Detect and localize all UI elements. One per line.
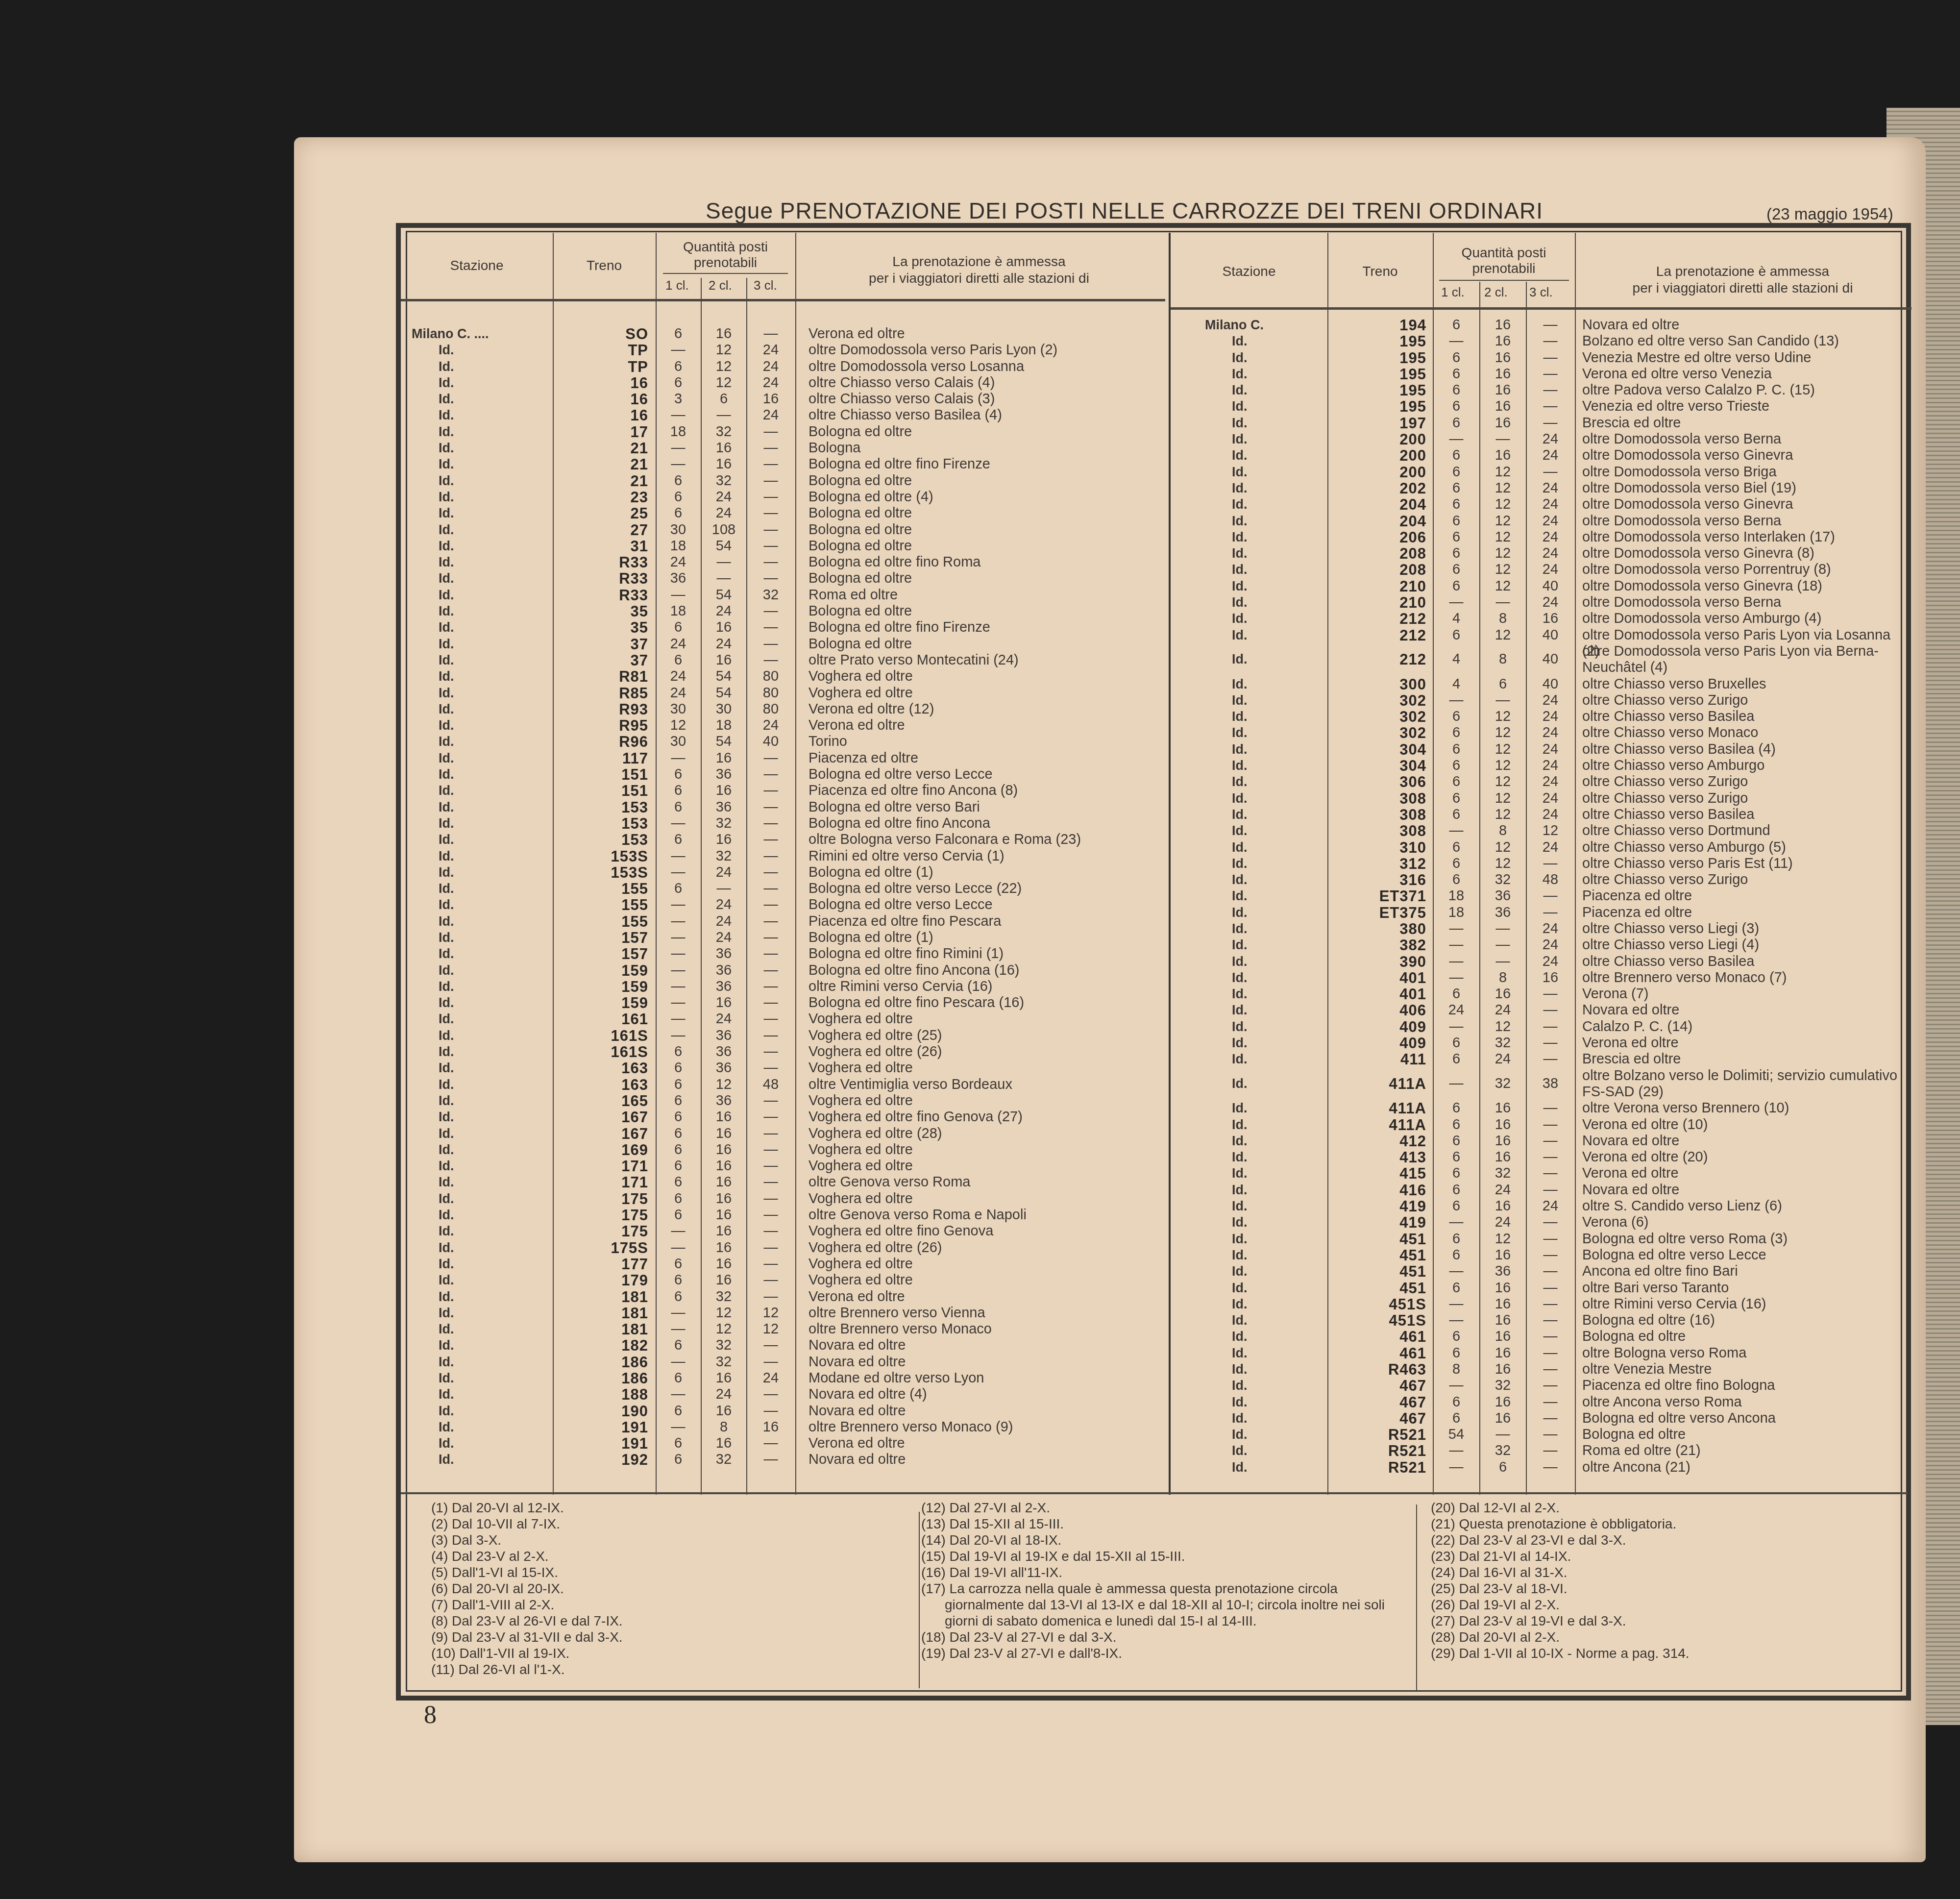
train-number-cell: 208 [1328,562,1426,578]
table-row: Id.167616—Voghera ed oltre fino Genova (… [401,1109,1165,1125]
class3-seats-cell: — [1527,1182,1574,1198]
train-number-cell: R521 [1328,1443,1426,1459]
table-row: Id.175616—Voghera ed oltre [401,1191,1165,1207]
destination-cell: oltre Chiasso verso Zurigo [1582,774,1908,790]
class1-seats-cell: 6 [657,1093,700,1109]
class2-seats-cell: 32 [702,1337,746,1354]
destination-cell: Verona ed oltre [808,717,1161,734]
table-row: Id.302——24oltre Chiasso verso Zurigo [1171,692,1911,709]
class3-seats-cell: — [747,489,794,505]
destination-cell: Calalzo P. C. (14) [1582,1019,1908,1035]
table-row: Id.R93303080Verona ed oltre (12) [401,701,1165,717]
table-row: Id.R463816—oltre Venezia Mestre [1171,1361,1911,1378]
class1-seats-cell: 6 [1434,1133,1479,1149]
class1-seats-cell: 18 [657,538,700,554]
class2-seats-cell: 36 [702,766,746,783]
class3-seats-cell: 40 [1527,578,1574,594]
table-row: Id.30261224oltre Chiasso verso Basilea [1171,709,1911,725]
class3-seats-cell: — [1527,1247,1574,1263]
class3-seats-cell: 32 [747,587,794,603]
class3-seats-cell: 24 [1527,529,1574,545]
class2-seats-cell: 32 [1480,1076,1525,1092]
table-row: Id.R96305440Torino [401,734,1165,750]
class3-seats-cell: — [1527,986,1574,1002]
destination-cell: Novara ed oltre (4) [808,1386,1161,1403]
class3-seats-cell: — [747,424,794,440]
class1-seats-cell: 6 [1434,856,1479,872]
destination-cell: oltre Chiasso verso Zurigo [1582,790,1908,807]
class2-seats-cell: 12 [702,375,746,391]
destination-cell: Voghera ed oltre [808,1256,1161,1272]
train-number-cell: 177 [555,1256,648,1272]
class1-seats-cell: 18 [1434,888,1479,904]
table-row: Id.181632—Verona ed oltre [401,1289,1165,1305]
table-row: Id.382——24oltre Chiasso verso Liegi (4) [1171,937,1911,953]
destination-cell: Bologna ed oltre fino Firenze [808,456,1161,472]
class1-seats-cell: 24 [1434,1002,1479,1018]
destination-cell: oltre Chiasso verso Basilea (4) [808,407,1161,423]
class1-seats-cell: 8 [1434,1361,1479,1378]
table-row: Id.177616—Voghera ed oltre [401,1256,1165,1272]
class2-seats-cell: 32 [702,473,746,489]
class3-seats-cell: — [1527,1378,1574,1394]
class3-seats-cell: — [747,652,794,668]
class1-seats-cell: 6 [1434,562,1479,578]
footnote: (5) Dall'1-VI al 15-IX. [431,1564,623,1580]
destination-cell: oltre Chiasso verso Basilea (4) [1582,741,1908,758]
table-row: Id.163616oltre Chiasso verso Calais (3) [401,391,1165,407]
class2-seats-cell: 12 [1480,790,1525,807]
class2-seats-cell: 16 [702,1370,746,1386]
class3-seats-cell: 80 [747,701,794,717]
class1-seats-cell: 6 [657,766,700,783]
destination-cell: Bologna ed oltre [808,424,1161,440]
footnote: (13) Dal 15-XII al 15-III. [921,1516,1392,1532]
class2-seats-cell: 16 [702,1142,746,1158]
class3-seats-cell: — [747,1028,794,1044]
class1-seats-cell: 6 [1434,398,1479,415]
class3-seats-cell: 24 [1527,562,1574,578]
class3-seats-cell: 24 [747,717,794,734]
table-row: Id.R3324——Bologna ed oltre fino Roma [401,554,1165,570]
col-train-header: Treno [553,257,656,274]
class3-seats-cell: — [747,783,794,799]
destination-cell: Piacenza ed oltre fino Bologna [1582,1378,1908,1394]
destination-cell: oltre Chiasso verso Basilea [1582,807,1908,823]
class1-seats-cell: — [657,1028,700,1044]
table-row: Id.ET3711836—Piacenza ed oltre [1171,888,1911,904]
destination-cell: oltre Rimini verso Cervia (16) [808,979,1161,995]
train-number-cell: 416 [1328,1182,1426,1198]
destination-cell: Ancona ed oltre fino Bari [1582,1263,1908,1280]
class2-seats-cell: 12 [1480,807,1525,823]
footnote: (24) Dal 16-VI al 31-X. [1431,1564,1690,1580]
class2-seats-cell: 12 [702,1077,746,1093]
class2-seats-cell: 24 [702,1386,746,1403]
class1-seats-cell: — [657,1011,700,1027]
class2-seats-cell: 16 [702,995,746,1011]
table-row: Id.159—36—oltre Rimini verso Cervia (16) [401,979,1165,995]
class2-seats-cell: 16 [702,1272,746,1288]
table-row: Id.401616—Verona (7) [1171,986,1911,1002]
table-row: Id.2124840oltre Domodossola verso Paris … [1171,643,1911,676]
class2-seats-cell: 32 [1480,872,1525,888]
class2-seats-cell: 36 [702,1060,746,1076]
train-number-cell: 409 [1328,1019,1426,1035]
class1-seats-cell: 6 [1434,1100,1479,1116]
table-row: Id.197616—Brescia ed oltre [1171,415,1911,431]
class2-seats-cell: 54 [702,587,746,603]
class2-seats-cell: 8 [1480,823,1525,839]
class3-seats-cell: — [747,913,794,930]
train-number-cell: 159 [555,962,648,979]
destination-cell: oltre Domodossola verso Paris Lyon (2) [808,342,1161,358]
train-number-cell: 191 [555,1419,648,1435]
table-row: Id.20861224oltre Domodossola verso Porre… [1171,562,1911,578]
table-row: Id.308—812oltre Chiasso verso Dortmund [1171,823,1911,839]
class2-seats-cell: 54 [702,734,746,750]
destination-cell: oltre Chiasso verso Monaco [1582,725,1908,741]
class1-seats-cell: 6 [1434,758,1479,774]
class3-seats-cell: 24 [1527,725,1574,741]
train-number-cell: 467 [1328,1394,1426,1410]
class1-seats-cell: — [657,342,700,358]
class2-seats-cell: 36 [702,799,746,815]
class2-seats-cell: 16 [702,1240,746,1256]
train-number-cell: 153 [555,815,648,832]
table-row: Id.191—816oltre Brennero verso Monaco (9… [401,1419,1165,1435]
col-dest-header-2: per i viaggiatori diretti alle stazioni … [795,270,1163,287]
class3-seats-cell: 24 [1527,1198,1574,1214]
table-row: Id.451612—Bologna ed oltre verso Roma (3… [1171,1231,1911,1247]
destination-cell: oltre Domodossola verso Interlaken (17) [1582,529,1908,545]
destination-cell: oltre Chiasso verso Zurigo [1582,692,1908,709]
class3-seats-cell: — [747,1240,794,1256]
table-row: Id.30461224oltre Chiasso verso Amburgo [1171,758,1911,774]
class1-seats-cell: — [1434,1459,1479,1476]
class2-seats-cell: 16 [702,783,746,799]
destination-cell: Bologna ed oltre fino Ancona [808,815,1161,832]
table-row: Id.161S636—Voghera ed oltre (26) [401,1044,1165,1060]
class1-seats-cell: 6 [657,1126,700,1142]
destination-cell: Bologna ed oltre verso Lecce [808,897,1161,913]
table-row: Id.R3336——Bologna ed oltre [401,570,1165,587]
class2-seats-cell: 12 [1480,839,1525,856]
destination-cell: oltre Domodossola verso Briga [1582,464,1908,480]
class2-seats-cell: 12 [1480,480,1525,496]
class1-seats-cell: 6 [657,1060,700,1076]
class1-seats-cell: — [657,407,700,423]
class2-seats-cell: 12 [702,1321,746,1337]
train-number-cell: 192 [555,1452,648,1468]
destination-cell: Bologna ed oltre verso Ancona [1582,1410,1908,1427]
class1-seats-cell: 24 [657,685,700,701]
table-row: Id.20661224oltre Domodossola verso Inter… [1171,529,1911,545]
class2-seats-cell: 24 [1480,1214,1525,1231]
class3-seats-cell: 24 [1527,513,1574,529]
class1-seats-cell: 6 [657,619,700,636]
class2-seats-cell: 16 [1480,350,1525,366]
class2-seats-cell: 16 [702,652,746,668]
class3-seats-cell: — [747,473,794,489]
class1-seats-cell: 6 [657,359,700,375]
class2-seats-cell: 12 [1480,774,1525,790]
class3-seats-cell: 24 [1527,431,1574,447]
class1-seats-cell: — [657,1240,700,1256]
class1-seats-cell: — [1434,823,1479,839]
destination-cell: oltre Brennero verso Monaco [808,1321,1161,1337]
class2-seats-cell: 16 [1480,1329,1525,1345]
destination-cell: Voghera ed oltre [808,1011,1161,1027]
destination-cell: Voghera ed oltre [808,1272,1161,1288]
table-row: Id.2124816oltre Domodossola verso Amburg… [1171,611,1911,627]
table-row: Id.467—32—Piacenza ed oltre fino Bologna [1171,1378,1911,1394]
class3-seats-cell: — [1527,415,1574,431]
train-number-cell: 401 [1328,986,1426,1002]
class2-seats-cell: — [1480,594,1525,611]
destination-cell: Verona ed oltre [808,1435,1161,1452]
class1-seats-cell: — [657,995,700,1011]
class3-seats-cell: — [747,1452,794,1468]
class3-seats-cell: — [1527,1263,1574,1280]
class2-seats-cell: 16 [1480,1296,1525,1312]
train-number-cell: R463 [1328,1361,1426,1378]
class2-seats-cell: 8 [1480,611,1525,627]
destination-cell: Novara ed oltre [1582,1002,1908,1018]
class3-seats-cell: — [1527,1361,1574,1378]
class1-seats-cell: 6 [1434,350,1479,366]
class2-seats-cell: 12 [1480,1019,1525,1035]
class1-seats-cell: — [1434,937,1479,953]
destination-cell: Bologna ed oltre verso Roma (3) [1582,1231,1908,1247]
table-row: Id.20861224oltre Domodossola verso Ginev… [1171,545,1911,562]
class1-seats-cell: 6 [1434,317,1479,333]
table-row: Id.21—16—Bologna [401,440,1165,456]
class2-seats-cell: 24 [1480,1051,1525,1067]
class3-seats-cell: — [747,946,794,962]
class2-seats-cell: 12 [702,342,746,358]
footnote: (22) Dal 23-V al 23-VI e dal 3-X. [1431,1532,1690,1548]
class1-seats-cell: — [1434,1019,1479,1035]
class1-seats-cell: 6 [657,326,700,342]
class3-seats-cell: 24 [1527,709,1574,725]
class2-seats-cell: 16 [1480,1247,1525,1263]
table-row: Id.153S—32—Rimini ed oltre verso Cervia … [401,848,1165,864]
table-row: Id.R85245480Voghera ed oltre [401,685,1165,701]
table-row: Id.411624—Brescia ed oltre [1171,1051,1911,1067]
destination-cell: Voghera ed oltre [808,1093,1161,1109]
class3-seats-cell: — [1527,1214,1574,1231]
class3-seats-cell: — [747,1142,794,1158]
class3-seats-cell: — [1527,1296,1574,1312]
train-number-cell: 308 [1328,823,1426,839]
class3-seats-cell: 40 [1527,651,1574,667]
class1-seats-cell: — [657,848,700,864]
class1-seats-cell: — [657,587,700,603]
destination-cell: oltre Chiasso verso Dortmund [1582,823,1908,839]
class3-seats-cell: 80 [747,668,794,685]
class3-seats-cell: — [1527,398,1574,415]
train-number-cell: 451 [1328,1280,1426,1296]
class1-seats-cell: — [1434,954,1479,970]
train-number-cell: 16 [555,375,648,391]
class3-seats-cell: — [747,1174,794,1190]
class3-seats-cell: — [747,1289,794,1305]
train-number-cell: 16 [555,391,648,407]
class2-seats-cell: 12 [1480,513,1525,529]
footnote: (20) Dal 12-VI al 2-X. [1431,1500,1690,1516]
class2-seats-cell: — [702,407,746,423]
class2-seats-cell: 16 [702,750,746,766]
table-row: Id.ET3751836—Piacenza ed oltre [1171,905,1911,921]
destination-cell: Novara ed oltre [1582,317,1908,333]
class1-seats-cell: 3 [657,391,700,407]
class2-seats-cell: 24 [702,603,746,619]
class2-seats-cell: 30 [702,701,746,717]
destination-cell: oltre Chiasso verso Basilea [1582,954,1908,970]
footnote: (3) Dal 3-X. [431,1532,623,1548]
train-number-cell: 181 [555,1289,648,1305]
class2-seats-cell: 12 [1480,741,1525,758]
train-number-cell: 153 [555,799,648,815]
table-row: Id.411A616—oltre Verona verso Brennero (… [1171,1100,1911,1116]
class2-seats-cell: 16 [1480,1394,1525,1410]
footnote: (2) Dal 10-VII al 7-IX. [431,1516,623,1532]
destination-cell: Verona ed oltre [808,1289,1161,1305]
destination-cell: Verona ed oltre [1582,1035,1908,1051]
destination-cell: Voghera ed oltre (26) [808,1240,1161,1256]
train-number-cell: 310 [1328,839,1426,856]
class3-seats-cell: 40 [747,734,794,750]
train-number-cell: ET371 [1328,888,1426,904]
class3-seats-cell: 24 [1527,807,1574,823]
train-number-cell: 204 [1328,513,1426,529]
train-number-cell: 157 [555,946,648,962]
destination-cell: Piacenza ed oltre fino Ancona (8) [808,783,1161,799]
table-row: Id.181—1212oltre Brennero verso Vienna [401,1305,1165,1321]
class2-seats-cell: — [1480,1427,1525,1443]
train-number-cell: 197 [1328,415,1426,431]
class2-seats-cell: 16 [1480,317,1525,333]
destination-cell: oltre Chiasso verso Paris Est (11) [1582,856,1908,872]
table-row: Id.R81245480Voghera ed oltre [401,668,1165,685]
class3-seats-cell: 24 [1527,594,1574,611]
train-number-cell: 175 [555,1207,648,1223]
class3-seats-cell: — [747,636,794,652]
table-row: Milano C.194616—Novara ed oltre [1171,317,1911,333]
class1-seats-cell: 6 [1434,1410,1479,1427]
class1-seats-cell: 18 [1434,905,1479,921]
footnote: (27) Dal 23-V al 19-VI e dal 3-X. [1431,1613,1690,1629]
destination-cell: Roma ed oltre [808,587,1161,603]
class3-seats-cell: — [1527,350,1574,366]
class3-seats-cell: — [747,1011,794,1027]
train-number-cell: 186 [555,1354,648,1370]
train-number-cell: 401 [1328,970,1426,986]
destination-cell: oltre Verona verso Brennero (10) [1582,1100,1908,1116]
destination-cell: Voghera ed oltre fino Genova [808,1223,1161,1239]
class2-seats-cell: 12 [1480,545,1525,562]
train-number-cell: 406 [1328,1002,1426,1018]
class1-seats-cell: 6 [1434,1149,1479,1165]
class2-seats-cell: 32 [702,815,746,832]
train-number-cell: 163 [555,1060,648,1076]
class1-header: 1 cl. [1441,285,1465,300]
train-number-cell: 37 [555,636,648,652]
class1-seats-cell: 6 [657,1452,700,1468]
class3-seats-cell: — [747,962,794,979]
class3-seats-cell: — [747,766,794,783]
destination-cell: Bologna ed oltre [808,570,1161,587]
train-number-cell: 163 [555,1077,648,1093]
train-number-cell: R33 [555,554,648,570]
class2-seats-cell: 24 [702,930,746,946]
footnote: (4) Dal 23-V al 2-X. [431,1548,623,1564]
class3-seats-cell: — [747,440,794,456]
class2-seats-cell: 12 [1480,725,1525,741]
footnote: (7) Dall'1-VIII al 2-X. [431,1597,623,1613]
destination-cell: oltre Domodossola verso Porrentruy (8) [1582,562,1908,578]
station-cell: Milano C. .... [412,326,549,342]
class1-seats-cell: 24 [657,554,700,570]
class2-seats-cell: 16 [702,1207,746,1223]
class2-seats-cell: 32 [1480,1443,1525,1459]
class3-seats-cell: — [1527,1459,1574,1476]
destination-cell: Verona ed oltre [808,326,1161,342]
class2-seats-cell: 12 [1480,758,1525,774]
train-number-cell: 179 [555,1272,648,1288]
destination-cell: Bologna ed oltre verso Lecce [808,766,1161,783]
class2-seats-cell: — [702,554,746,570]
class1-seats-cell: — [1434,1263,1479,1280]
class2-seats-cell: 16 [702,326,746,342]
class3-seats-cell: 38 [1527,1076,1574,1092]
class3-seats-cell: 24 [1527,545,1574,562]
table-row: Id.R33—5432Roma ed oltre [401,587,1165,603]
class2-seats-cell: 6 [1480,676,1525,692]
destination-cell: Novara ed oltre [808,1403,1161,1419]
class3-seats-cell: 24 [1527,447,1574,464]
class2-seats-cell: — [702,881,746,897]
class2-seats-cell: 36 [702,946,746,962]
train-number-cell: 191 [555,1435,648,1452]
class2-seats-cell: 16 [702,1435,746,1452]
train-number-cell: 161S [555,1044,648,1060]
destination-cell: Venezia Mestre ed oltre verso Udine [1582,350,1908,366]
table-row: Id.21—16—Bologna ed oltre fino Firenze [401,456,1165,472]
destination-cell: Verona ed oltre (10) [1582,1117,1908,1133]
train-number-cell: 210 [1328,578,1426,594]
table-row: Id.190616—Novara ed oltre [401,1403,1165,1419]
class2-seats-cell: 24 [702,913,746,930]
footnote: (8) Dal 23-V al 26-VI e dal 7-IX. [431,1613,623,1629]
table-row: Id.200——24oltre Domodossola verso Berna [1171,431,1911,447]
table-row: Id.1556——Bologna ed oltre verso Lecce (2… [401,881,1165,897]
destination-cell: oltre Domodossola verso Ginevra [1582,496,1908,513]
class1-seats-cell: — [657,440,700,456]
table-row: Id.157—36—Bologna ed oltre fino Rimini (… [401,946,1165,962]
class3-seats-cell: — [747,1109,794,1125]
class3-seats-cell: — [747,1207,794,1223]
class3-seats-cell: — [747,1337,794,1354]
train-number-cell: 161 [555,1011,648,1027]
train-number-cell: R521 [1328,1427,1426,1443]
destination-cell: Modane ed oltre verso Lyon [808,1370,1161,1386]
class1-seats-cell: — [1434,1296,1479,1312]
class3-seats-cell: — [747,815,794,832]
class3-seats-cell: — [747,799,794,815]
table-row: Id.195616—Venezia ed oltre verso Trieste [1171,398,1911,415]
